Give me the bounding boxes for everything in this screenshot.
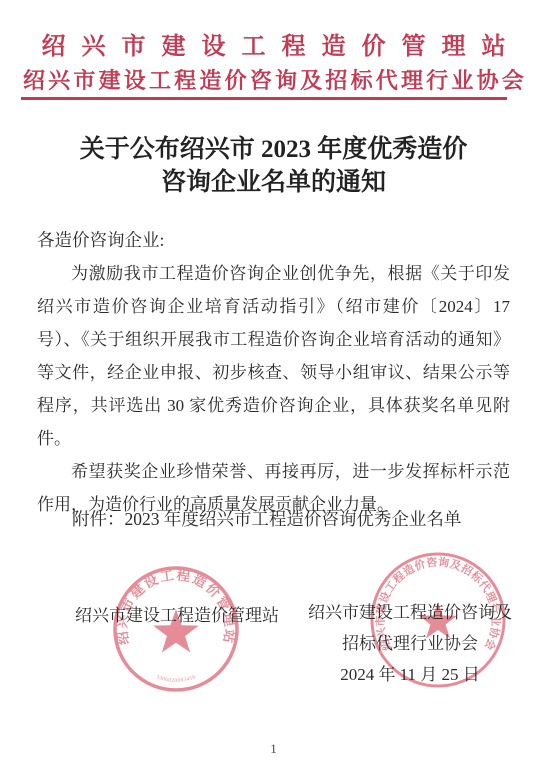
signature-right-name-line1: 绍兴市建设工程造价咨询及 [308, 597, 512, 628]
seal-code: 3306020083410 [155, 674, 197, 684]
notice-title: 关于公布绍兴市 2023 年度优秀造价 咨询企业名单的通知 [0, 133, 547, 199]
svg-text:3306020083410: 3306020083410 [155, 674, 197, 684]
notice-body: 各造价咨询企业: 为激励我市工程造价咨询企业创优争先，根据《关于印发绍兴市造价咨… [37, 224, 510, 521]
page-number: 1 [0, 741, 547, 757]
signature-right-block: 绍兴市建设工程造价咨询及 招标代理行业协会 2024 年 11 月 25 日 [308, 597, 512, 690]
paragraph-1: 为激励我市工程造价咨询企业创优争先，根据《关于印发绍兴市造价咨询企业培育活动指引… [37, 257, 510, 455]
signature-date: 2024 年 11 月 25 日 [308, 659, 512, 690]
notice-title-line2: 咨询企业名单的通知 [0, 166, 547, 199]
signature-right-name-line2: 招标代理行业协会 [308, 628, 512, 659]
notice-title-line1: 关于公布绍兴市 2023 年度优秀造价 [0, 133, 547, 166]
attachment-line: 附件：2023 年度绍兴市工程造价咨询优秀企业名单 [37, 506, 510, 531]
document-page: 绍兴市建设工程造价管理站 绍兴市建设工程造价咨询及招标代理行业协会 关于公布绍兴… [0, 0, 547, 774]
seal-ring [115, 568, 237, 690]
signature-left-name: 绍兴市建设工程造价管理站 [75, 601, 279, 626]
salutation: 各造价咨询企业: [37, 224, 510, 257]
official-seal-left: 绍兴市建设工程造价管理站 3306020083410 [106, 559, 246, 699]
header-org-line1: 绍兴市建设工程造价管理站 [0, 26, 547, 61]
header-divider [21, 97, 507, 100]
header-org-line2: 绍兴市建设工程造价咨询及招标代理行业协会 [0, 64, 547, 95]
